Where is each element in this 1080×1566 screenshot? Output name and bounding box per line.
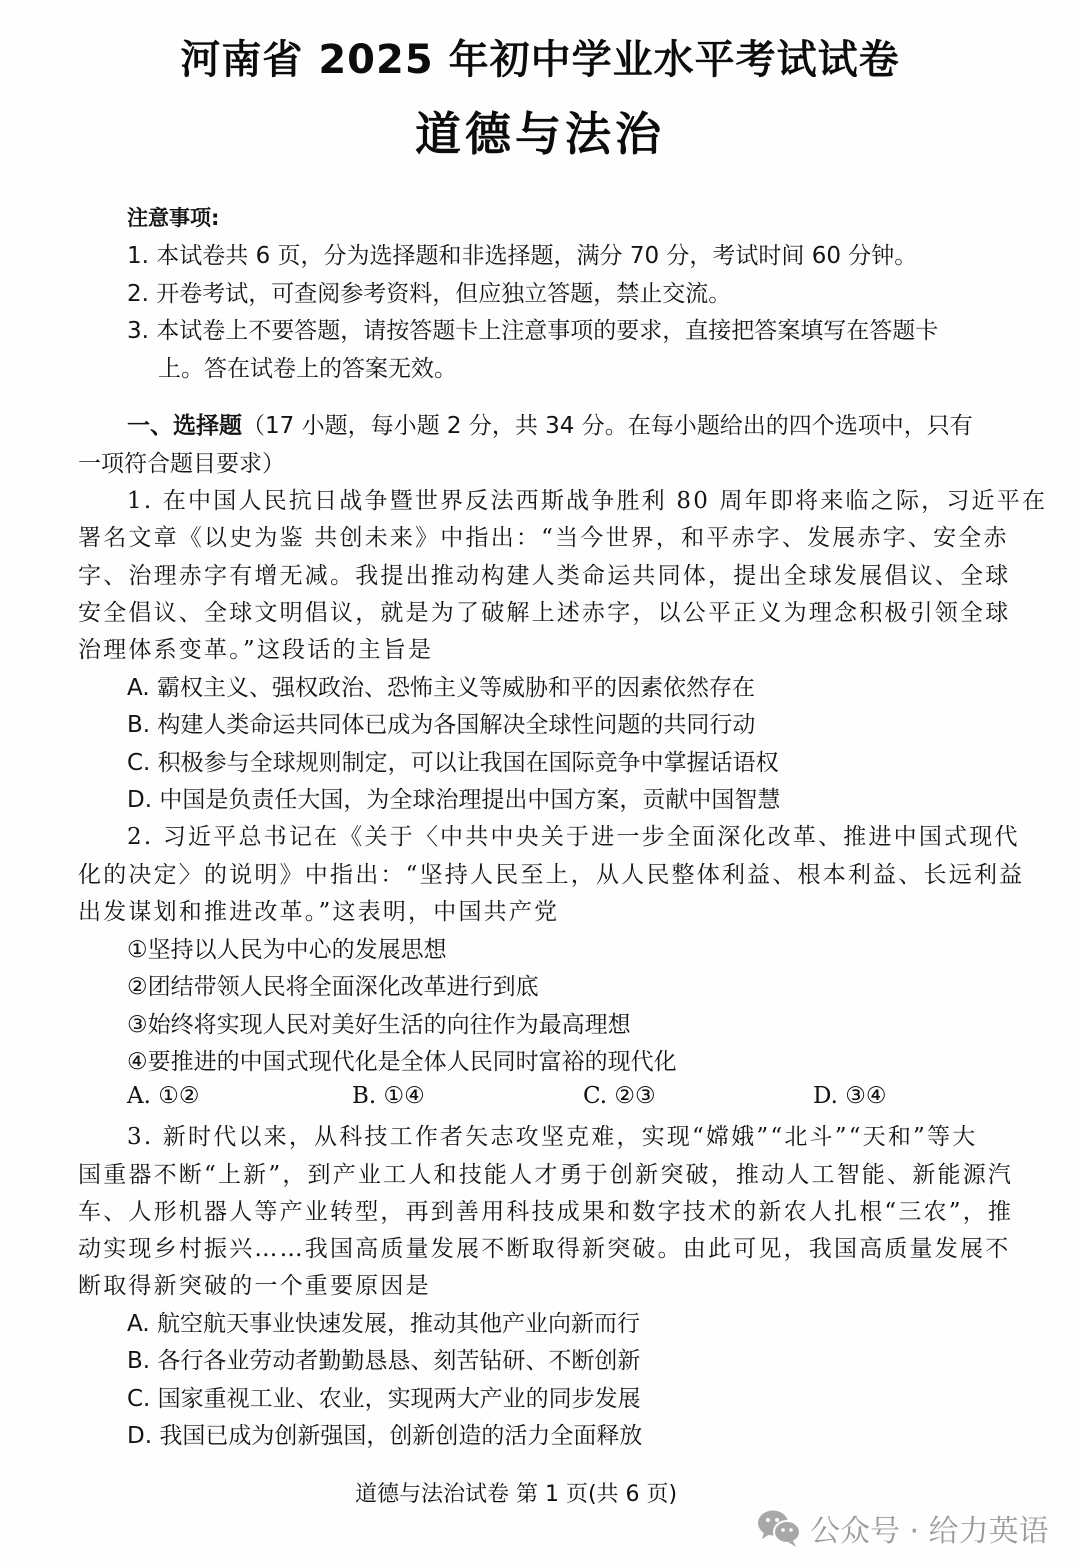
subject-title: 道德与法治 — [0, 98, 1080, 164]
q2-statement-4: ④要推进的中国式现代化是全体人民同时富裕的现代化 — [127, 1047, 677, 1077]
section-label: 一、选择题 — [127, 413, 242, 439]
q2-stem-line: 出发谋划和推进改革。”这表明，中国共产党 — [78, 897, 559, 927]
q1-option-d: D. 中国是负责任大国，为全球治理提出中国方案，贡献中国智慧 — [127, 785, 780, 815]
q3-stem-line: 车、人形机器人等产业转型，再到善用科技成果和数字技术的新农人扎根“三农”，推 — [78, 1197, 1013, 1227]
q2-statement-1: ①坚持以人民为中心的发展思想 — [127, 935, 447, 965]
q3-stem-line: 3. 新时代以来，从科技工作者矢志攻坚克难，实现“嫦娥”“北斗”“天和”等大 — [127, 1122, 977, 1152]
q2-option-a: A. ①② — [127, 1083, 199, 1109]
q1-option-c: C. 积极参与全球规则制定，可以让我国在国际竞争中掌握话语权 — [127, 748, 779, 778]
q1-stem-line: 1. 在中国人民抗日战争暨世界反法西斯战争胜利 80 周年即将来临之际，习近平在 — [127, 486, 1047, 516]
q2-stem-line: 2. 习近平总书记在《关于〈中共中央关于进一步全面深化改革、推进中国式现代 — [127, 822, 1020, 852]
q1-stem-line: 治理体系变革。”这段话的主旨是 — [78, 635, 433, 665]
notice-heading: 注意事项: — [127, 203, 219, 233]
q1-option-a: A. 霸权主义、强权政治、恐怖主义等威胁和平的因素依然存在 — [127, 673, 755, 703]
q2-option-b: B. ①④ — [352, 1083, 425, 1109]
q2-option-d: D. ③④ — [813, 1083, 886, 1109]
q1-stem-line: 安全倡议、全球文明倡议，就是为了破解上述赤字，以公平正义为理念积极引领全球 — [78, 598, 1010, 628]
q3-stem-line: 断取得新突破的一个重要原因是 — [78, 1271, 431, 1301]
q3-option-a: A. 航空航天事业快速发展，推动其他产业向新而行 — [127, 1309, 640, 1339]
watermark: 公众号 · 给力英语 — [756, 1506, 1049, 1550]
page-footer: 道德与法治试卷 第 1 页(共 6 页) — [355, 1477, 677, 1508]
q1-stem-line: 署名文章《以史为鉴 共创未来》中指出：“当今世界，和平赤字、发展赤字、安全赤 — [78, 523, 1009, 553]
q1-option-b: B. 构建人类命运共同体已成为各国解决全球性问题的共同行动 — [127, 710, 755, 740]
q2-statement-2: ②团结带领人民将全面深化改革进行到底 — [127, 972, 539, 1002]
notice-item-1: 1. 本试卷共 6 页，分为选择题和非选择题，满分 70 分，考试时间 60 分… — [127, 241, 917, 271]
wechat-icon — [756, 1508, 802, 1548]
exam-page: 河南省 2025 年初中学业水平考试试卷 道德与法治 注意事项: 1. 本试卷共… — [0, 0, 1080, 1566]
q3-option-b: B. 各行各业劳动者勤勤恳恳、刻苦钻研、不断创新 — [127, 1346, 640, 1376]
q3-option-c: C. 国家重视工业、农业，实现两大产业的同步发展 — [127, 1384, 641, 1414]
section-desc-cont: 一项符合题目要求） — [78, 449, 285, 479]
notice-item-2: 2. 开卷考试，可查阅参考资料，但应独立答题，禁止交流。 — [127, 279, 731, 309]
q3-option-d: D. 我国已成为创新强国，创新创造的活力全面释放 — [127, 1421, 642, 1451]
notice-item-3: 3. 本试卷上不要答题，请按答题卡上注意事项的要求，直接把答案填写在答题卡 — [127, 316, 938, 346]
q2-statement-3: ③始终将实现人民对美好生活的向往作为最高理想 — [127, 1010, 631, 1040]
q3-stem-line: 国重器不断“上新”，到产业工人和技能人才勇于创新突破，推动人工智能、新能源汽 — [78, 1160, 1013, 1190]
q2-option-c: C. ②③ — [583, 1083, 656, 1109]
exam-title: 河南省 2025 年初中学业水平考试试卷 — [0, 28, 1080, 85]
notice-item-3-cont: 上。答在试卷上的答案无效。 — [158, 354, 457, 384]
watermark-text: 公众号 · 给力英语 — [810, 1506, 1049, 1550]
q3-stem-line: 动实现乡村振兴……我国高质量发展不断取得新突破。由此可见，我国高质量发展不 — [78, 1234, 1010, 1264]
section-heading: 一、选择题（17 小题，每小题 2 分，共 34 分。在每小题给出的四个选项中，… — [127, 411, 973, 441]
section-desc: （17 小题，每小题 2 分，共 34 分。在每小题给出的四个选项中，只有 — [242, 413, 973, 439]
q2-stem-line: 化的决定〉的说明》中指出：“坚持人民至上，从人民整体利益、根本利益、长远利益 — [78, 860, 1024, 890]
q1-stem-line: 字、治理赤字有增无减。我提出推动构建人类命运共同体，提出全球发展倡议、全球 — [78, 561, 1010, 591]
